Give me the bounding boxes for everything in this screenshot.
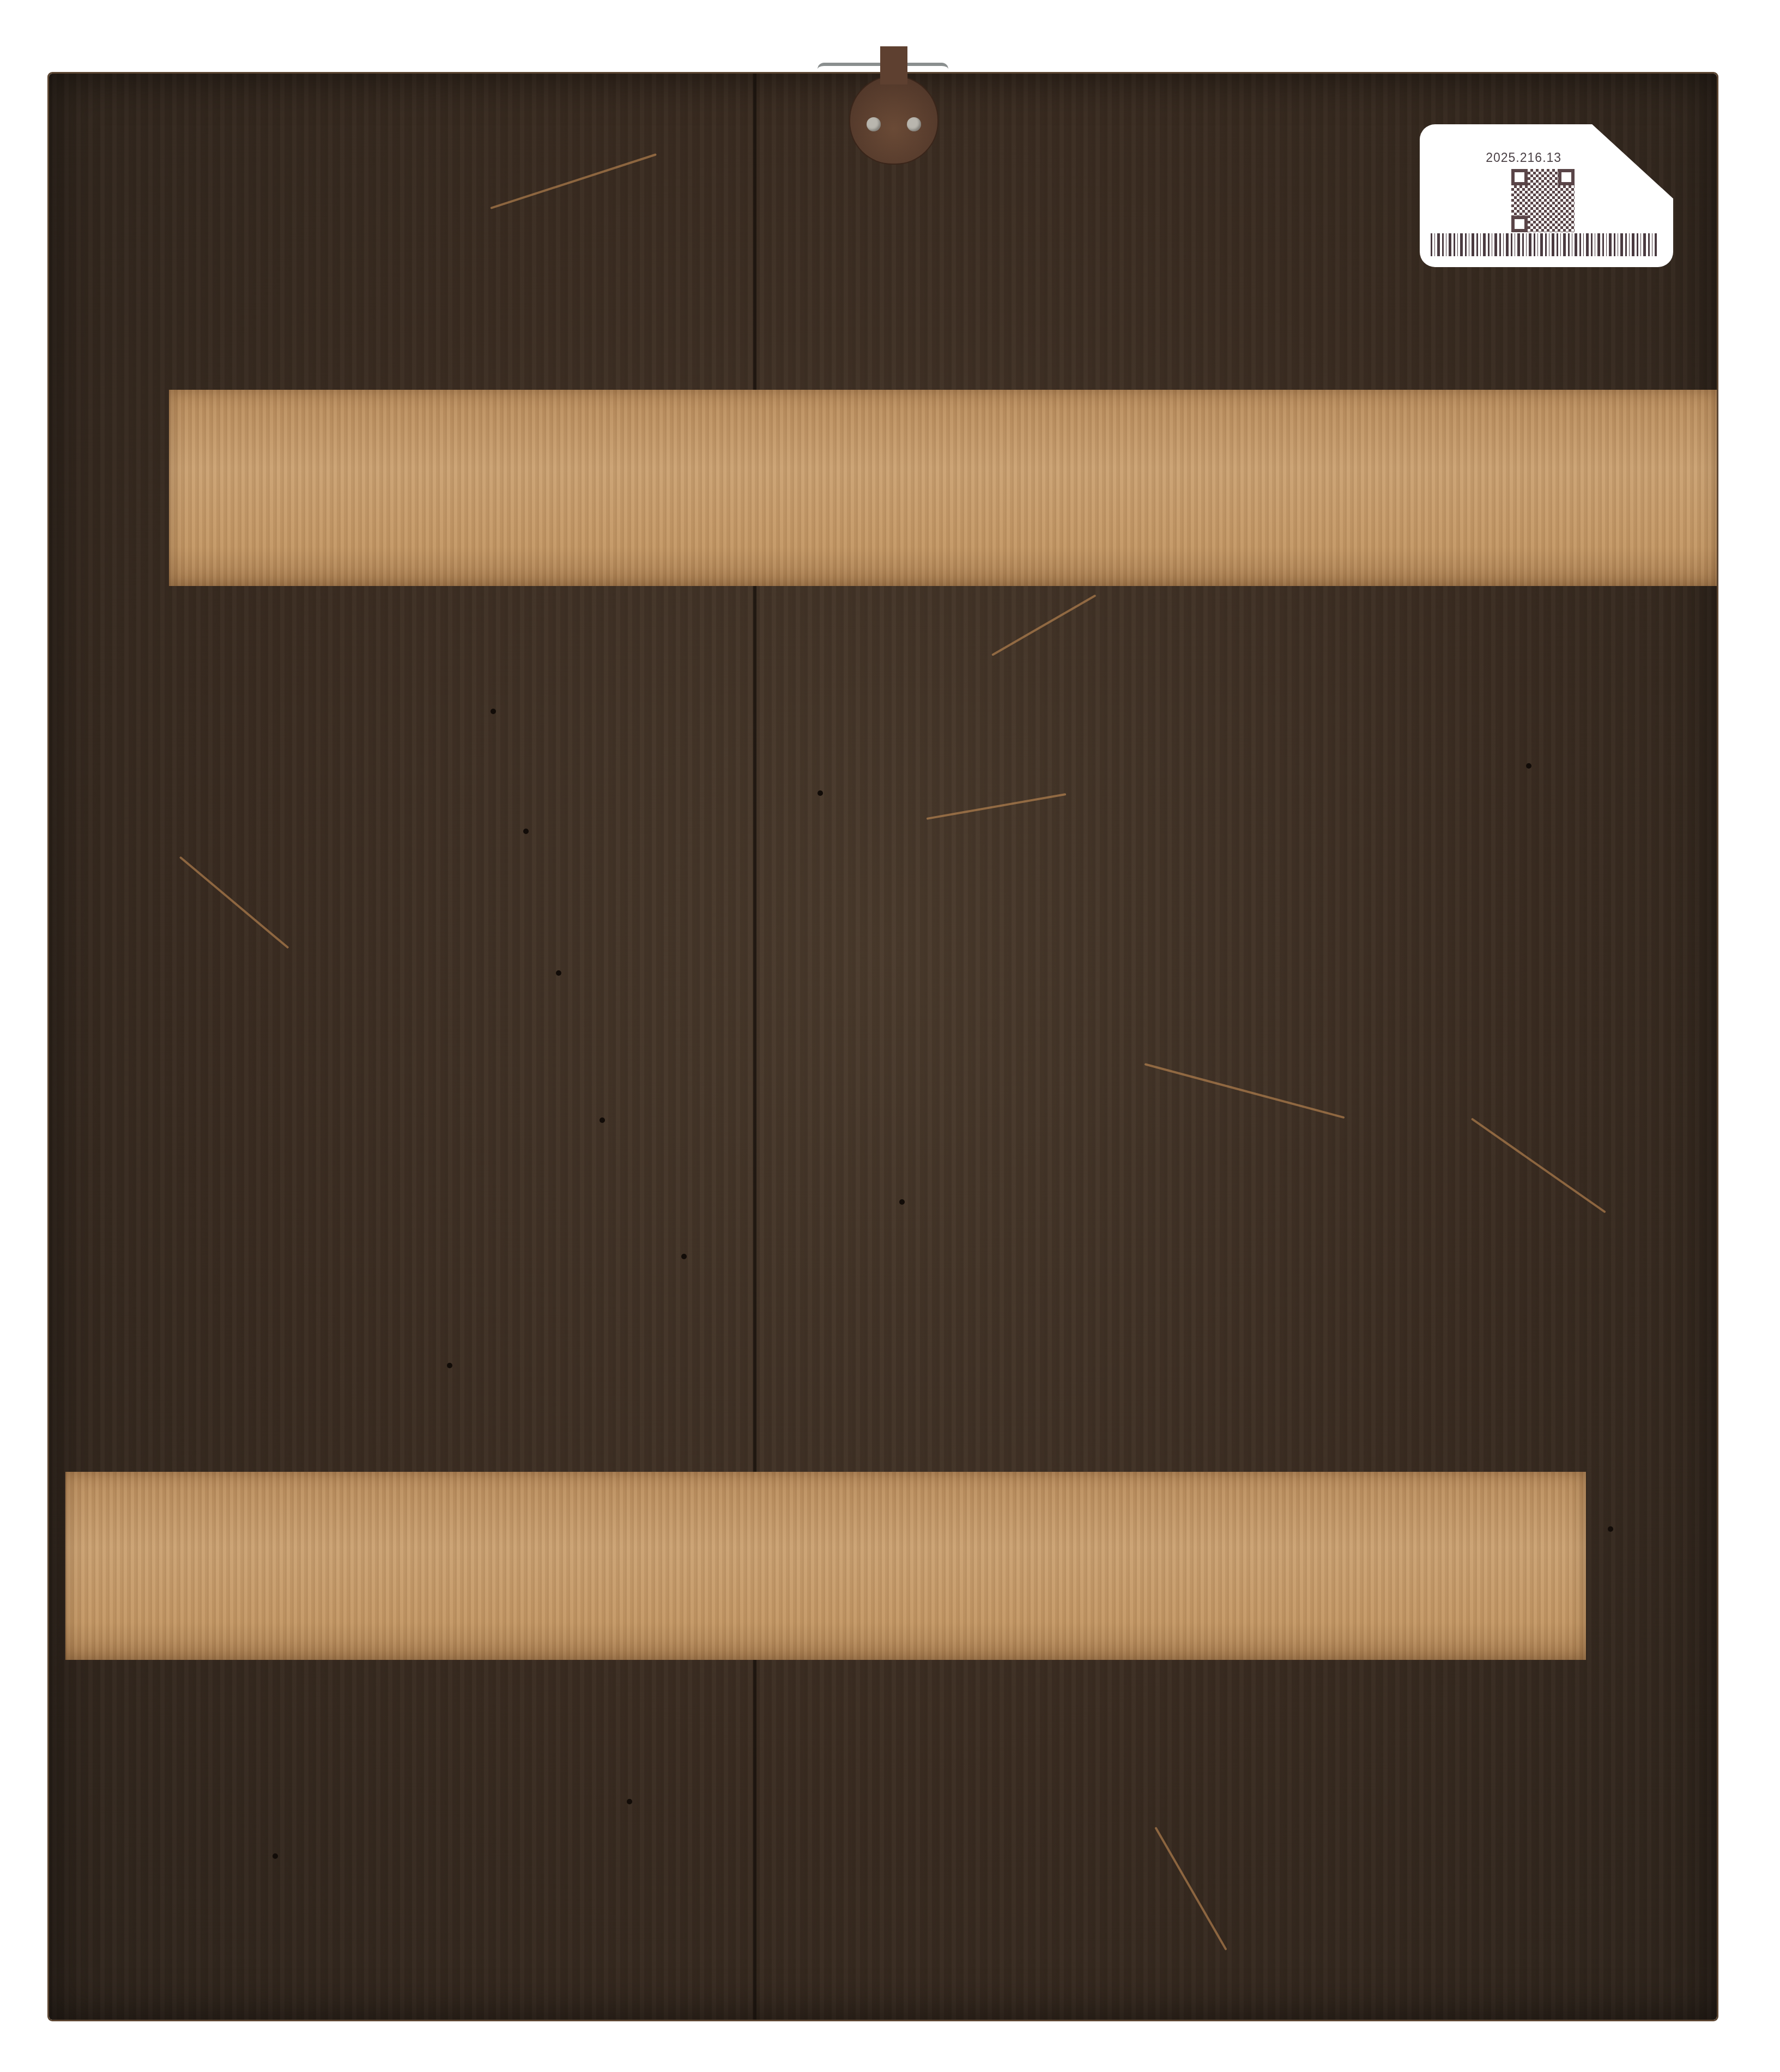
worm-hole xyxy=(273,1853,278,1859)
worm-hole xyxy=(600,1117,605,1123)
rivet-icon xyxy=(907,117,921,131)
top-batten xyxy=(169,390,1717,586)
qr-code-icon xyxy=(1511,169,1575,232)
hanging-plate-icon xyxy=(850,76,937,164)
worm-hole xyxy=(447,1363,452,1368)
worm-hole xyxy=(899,1199,905,1205)
worm-hole xyxy=(627,1799,632,1804)
barcode-icon xyxy=(1431,233,1657,256)
worm-hole xyxy=(556,970,561,976)
worm-hole xyxy=(818,790,823,796)
worm-hole xyxy=(1526,763,1531,769)
rivet-icon xyxy=(867,117,881,131)
wooden-panel-back xyxy=(49,74,1717,2020)
accession-number: 2025.216.13 xyxy=(1420,150,1627,165)
worm-hole xyxy=(681,1254,687,1259)
bottom-batten xyxy=(65,1472,1586,1660)
worm-hole xyxy=(491,709,496,714)
worm-hole xyxy=(523,829,529,834)
board-seam xyxy=(753,74,756,2020)
worm-hole xyxy=(1608,1526,1613,1532)
